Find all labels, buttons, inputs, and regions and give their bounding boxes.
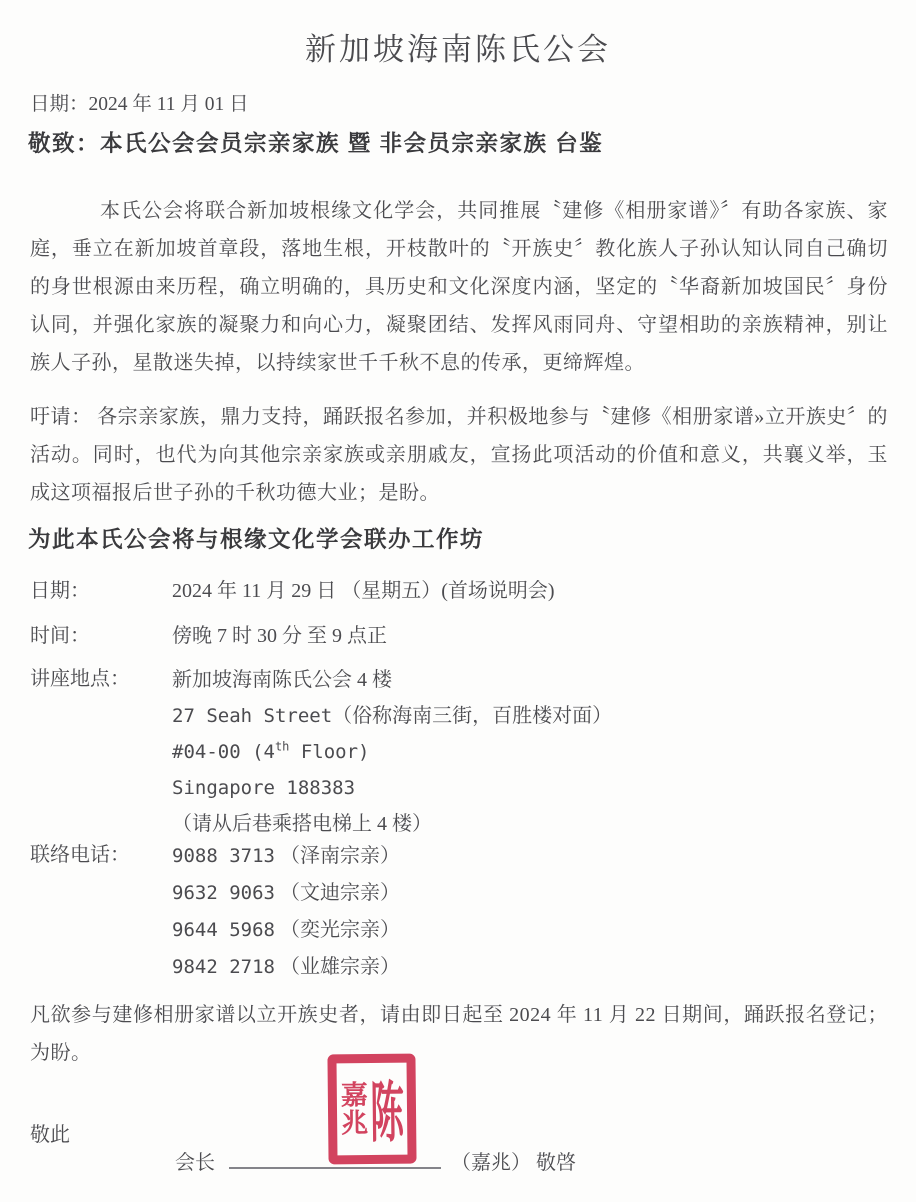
- workshop-date-label: 日期：: [30, 574, 172, 603]
- venue-label: 讲座地点：: [30, 662, 172, 691]
- venue-line-lift-note: （请从后巷乘搭电梯上 4 楼）: [172, 813, 432, 835]
- contact-row: 联络电话： 9088 3713 （泽南宗亲） 9632 9063 （文迪宗亲） …: [30, 838, 400, 986]
- phone-number: 9632 9063: [172, 882, 275, 904]
- venue-line-street: 27 Seah Street: [172, 705, 332, 727]
- venue-line-building: 新加坡海南陈氏公会 4 楼: [172, 669, 392, 691]
- president-name-suffix: （嘉兆） 敬啓: [451, 1152, 576, 1174]
- venue-line-unit: #04-00 (4th Floor): [172, 741, 369, 763]
- letter-page: 新加坡海南陈氏公会 日期：2024 年 11 月 01 日 敬致：本氏公会会员宗…: [0, 0, 916, 1202]
- contact-name: （业雄宗亲）: [280, 956, 400, 978]
- contact-name: （泽南宗亲）: [280, 845, 400, 867]
- letter-date: 日期：2024 年 11 月 01 日: [30, 88, 249, 116]
- seal-char-jia: 嘉: [341, 1081, 368, 1110]
- venue-address: 新加坡海南陈氏公会 4 楼 27 Seah Street（俗称海南三街，百胜楼对…: [172, 662, 612, 842]
- ordinal-suffix: th: [275, 740, 289, 754]
- seal-char-chen: 陈: [370, 1076, 404, 1150]
- workshop-heading: 为此本氏公会将与根缘文化学会联办工作坊: [28, 522, 484, 554]
- seal-given-name: 嘉 兆: [341, 1081, 369, 1138]
- contact-name: （奕光宗亲）: [280, 919, 400, 941]
- contact-line: 9644 5968 （奕光宗亲）: [172, 919, 400, 941]
- workshop-date-row: 日期： 2024 年 11 月 29 日 （星期五）(首场说明会): [30, 574, 555, 603]
- president-seal: 嘉 兆 陈: [327, 1054, 416, 1165]
- phone-number: 9088 3713: [172, 845, 275, 867]
- intro-paragraph: 本氏公会将联合新加坡根缘文化学会，共同推展〝建修《相册家谱》〞有助各家族、家庭，…: [30, 192, 888, 382]
- venue-row: 讲座地点： 新加坡海南陈氏公会 4 楼 27 Seah Street（俗称海南三…: [30, 662, 612, 842]
- venue-line-street-note: （俗称海南三街，百胜楼对面）: [332, 705, 612, 727]
- contact-list: 9088 3713 （泽南宗亲） 9632 9063 （文迪宗亲） 9644 5…: [172, 838, 400, 986]
- workshop-date-value: 2024 年 11 月 29 日 （星期五）(首场说明会): [172, 574, 555, 603]
- contact-name: （文迪宗亲）: [280, 882, 400, 904]
- appeal-paragraph: 吁请： 各宗亲家族，鼎力支持，踊跃报名参加，并积极地参与〝建修《相册家谱»立开族…: [30, 398, 888, 512]
- workshop-time-value: 傍晚 7 时 30 分 至 9 点正: [172, 619, 387, 648]
- contact-line: 9842 2718 （业雄宗亲）: [172, 956, 400, 978]
- seal-characters: 嘉 兆 陈: [341, 1080, 404, 1137]
- phone-number: 9842 2718: [172, 956, 275, 978]
- respectfully-closing: 敬此: [30, 1118, 70, 1147]
- contact-line: 9088 3713 （泽南宗亲）: [172, 845, 400, 867]
- seal-surname: 陈: [370, 1062, 405, 1157]
- workshop-time-row: 时间： 傍晚 7 时 30 分 至 9 点正: [30, 619, 387, 648]
- venue-line-postal: Singapore 188383: [172, 777, 355, 799]
- contact-label: 联络电话：: [30, 838, 172, 867]
- president-label: 会长: [175, 1152, 215, 1174]
- salutation: 敬致：本氏公会会员宗亲家族 暨 非会员宗亲家族 台鉴: [28, 126, 603, 158]
- workshop-time-label: 时间：: [30, 619, 172, 648]
- phone-number: 9644 5968: [172, 919, 275, 941]
- letter-title: 新加坡海南陈氏公会: [0, 24, 916, 69]
- contact-line: 9632 9063 （文迪宗亲）: [172, 882, 400, 904]
- seal-char-zhao: 兆: [341, 1109, 368, 1138]
- closing-note: 凡欲参与建修相册家谱以立开族史者，请由即日起至 2024 年 11 月 22 日…: [30, 996, 888, 1072]
